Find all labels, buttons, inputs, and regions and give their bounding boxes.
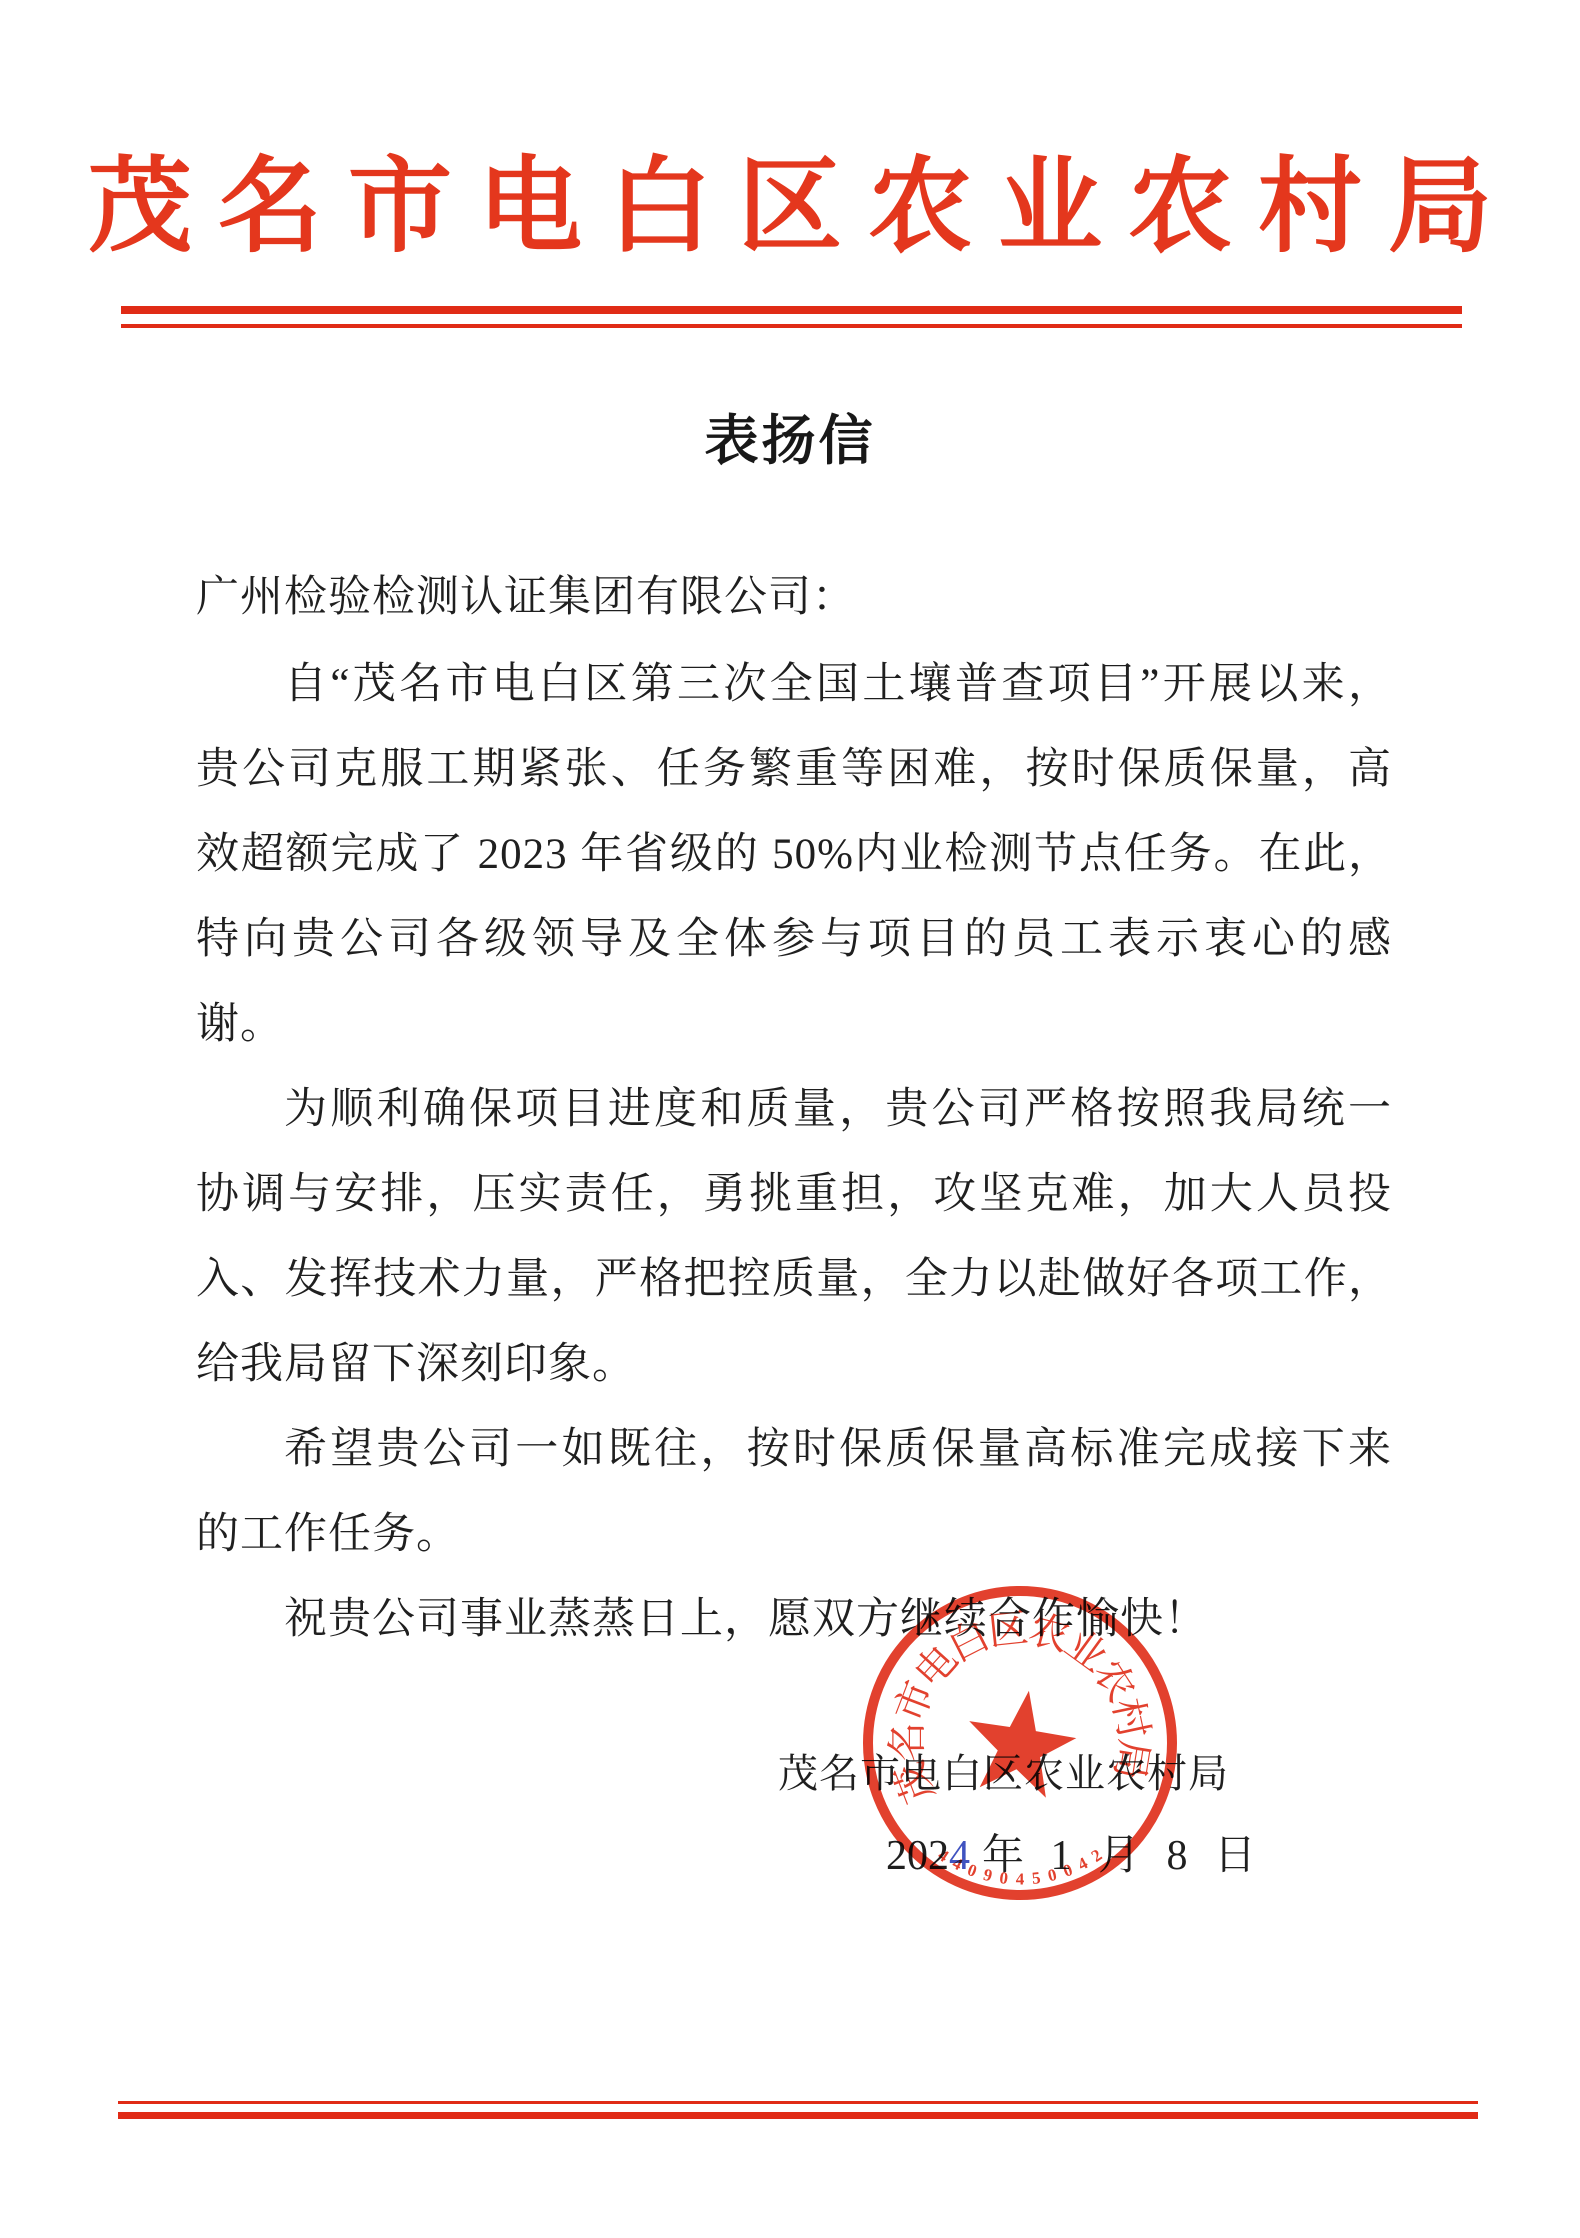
salutation: 广州检验检测认证集团有限公司： (196, 563, 1396, 624)
body-line: 希望贵公司一如既往，按时保质保量高标准完成接下来 (196, 1415, 1392, 1476)
seal-digit: 0 (1061, 1860, 1076, 1881)
footer-rule-thick (118, 2112, 1478, 2119)
seal-arc-char: 局 (1106, 1736, 1157, 1783)
body-line: 谢。 (196, 990, 1392, 1051)
seal-digit: 0 (998, 1868, 1009, 1888)
body-line: 自“茂名市电白区第三次全国土壤普查项目”开展以来， (196, 650, 1392, 711)
body-line: 给我局留下深刻印象。 (196, 1330, 1392, 1391)
body-line: 效超额完成了 2023 年省级的 50%内业检测节点任务。在此， (196, 820, 1392, 881)
seal-digit: 4 (1016, 1870, 1025, 1889)
seal-arc-char: 村 (1104, 1694, 1156, 1742)
header-rule-thin (121, 324, 1462, 328)
seal-digit: 0 (965, 1860, 980, 1881)
seal-digit: 2 (1088, 1845, 1106, 1866)
body-line: 特向贵公司各级领导及全体参与项目的员工表示衷心的感 (196, 905, 1392, 966)
seal-arc-char: 区 (986, 1605, 1030, 1654)
seal-digit: 9 (981, 1865, 994, 1885)
commendation-letter-page: 茂名市电白区农业农村局 表扬信 广州检验检测认证集团有限公司： 自“茂名市电白区… (0, 0, 1580, 2238)
body-line: 入、发挥技术力量，严格把控质量，全力以赴做好各项工作， (196, 1245, 1392, 1306)
seal-arc-char: 茂 (886, 1756, 942, 1809)
seal-digit: 0 (1046, 1865, 1059, 1885)
body-line: 协调与安排，压实责任，勇挑重担，攻坚克难，加大人员投 (196, 1160, 1392, 1221)
seal-arc-char: 名 (884, 1722, 929, 1762)
document-title: 表扬信 (0, 398, 1580, 475)
seal-digit: 4 (949, 1853, 966, 1874)
body-line: 为顺利确保项目进度和质量，贵公司严格按照我局统一 (196, 1075, 1392, 1136)
body-line: 贵公司克服工期紧张、任务繁重等困难，按时保质保量，高 (196, 735, 1392, 796)
footer-rule-thin (118, 2101, 1478, 2104)
letterhead-agency-name: 茂名市电白区农业农村局 (0, 122, 1580, 272)
header-rule-thick (121, 306, 1462, 314)
seal-digit: 5 (1031, 1868, 1042, 1888)
seal-digit: 4 (935, 1845, 953, 1866)
body-line: 的工作任务。 (196, 1500, 1392, 1561)
seal-digit: 4 (1074, 1853, 1091, 1874)
body-line: 祝贵公司事业蒸蒸日上，愿双方继续合作愉快！ (196, 1585, 1392, 1646)
seal-star-icon (959, 1682, 1082, 1801)
official-seal: 茂 名 市 电 白 区 农 业 农 村 局 4 4 0 9 0 4 5 0 0 … (855, 1577, 1185, 1907)
